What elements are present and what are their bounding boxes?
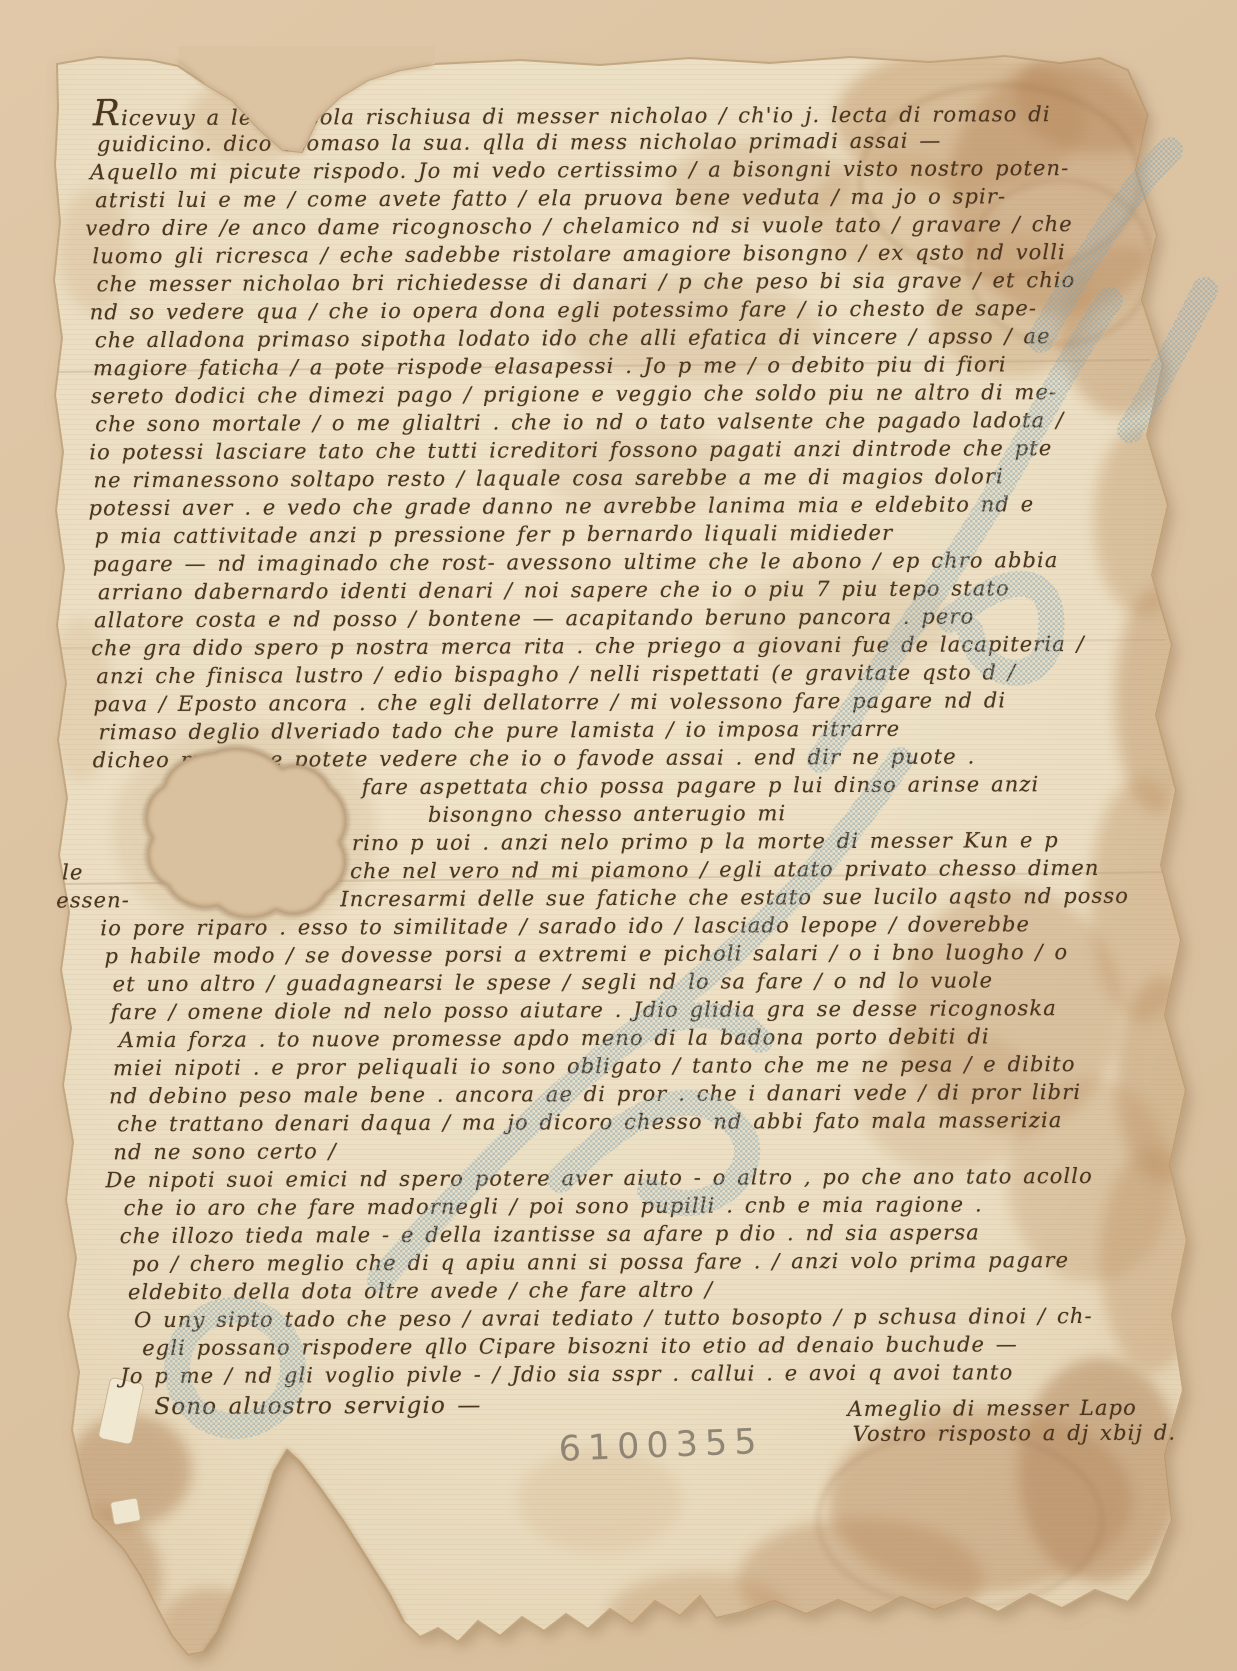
paper-hole (146, 748, 347, 918)
damage-and-watermark-layer (0, 0, 1237, 1671)
torn-bottom-notch-rim (204, 1450, 404, 1652)
scanned-letter-photo: Ricevuy a lecta. cola rischiusa di messe… (0, 0, 1237, 1671)
torn-top-notch (178, 46, 435, 152)
